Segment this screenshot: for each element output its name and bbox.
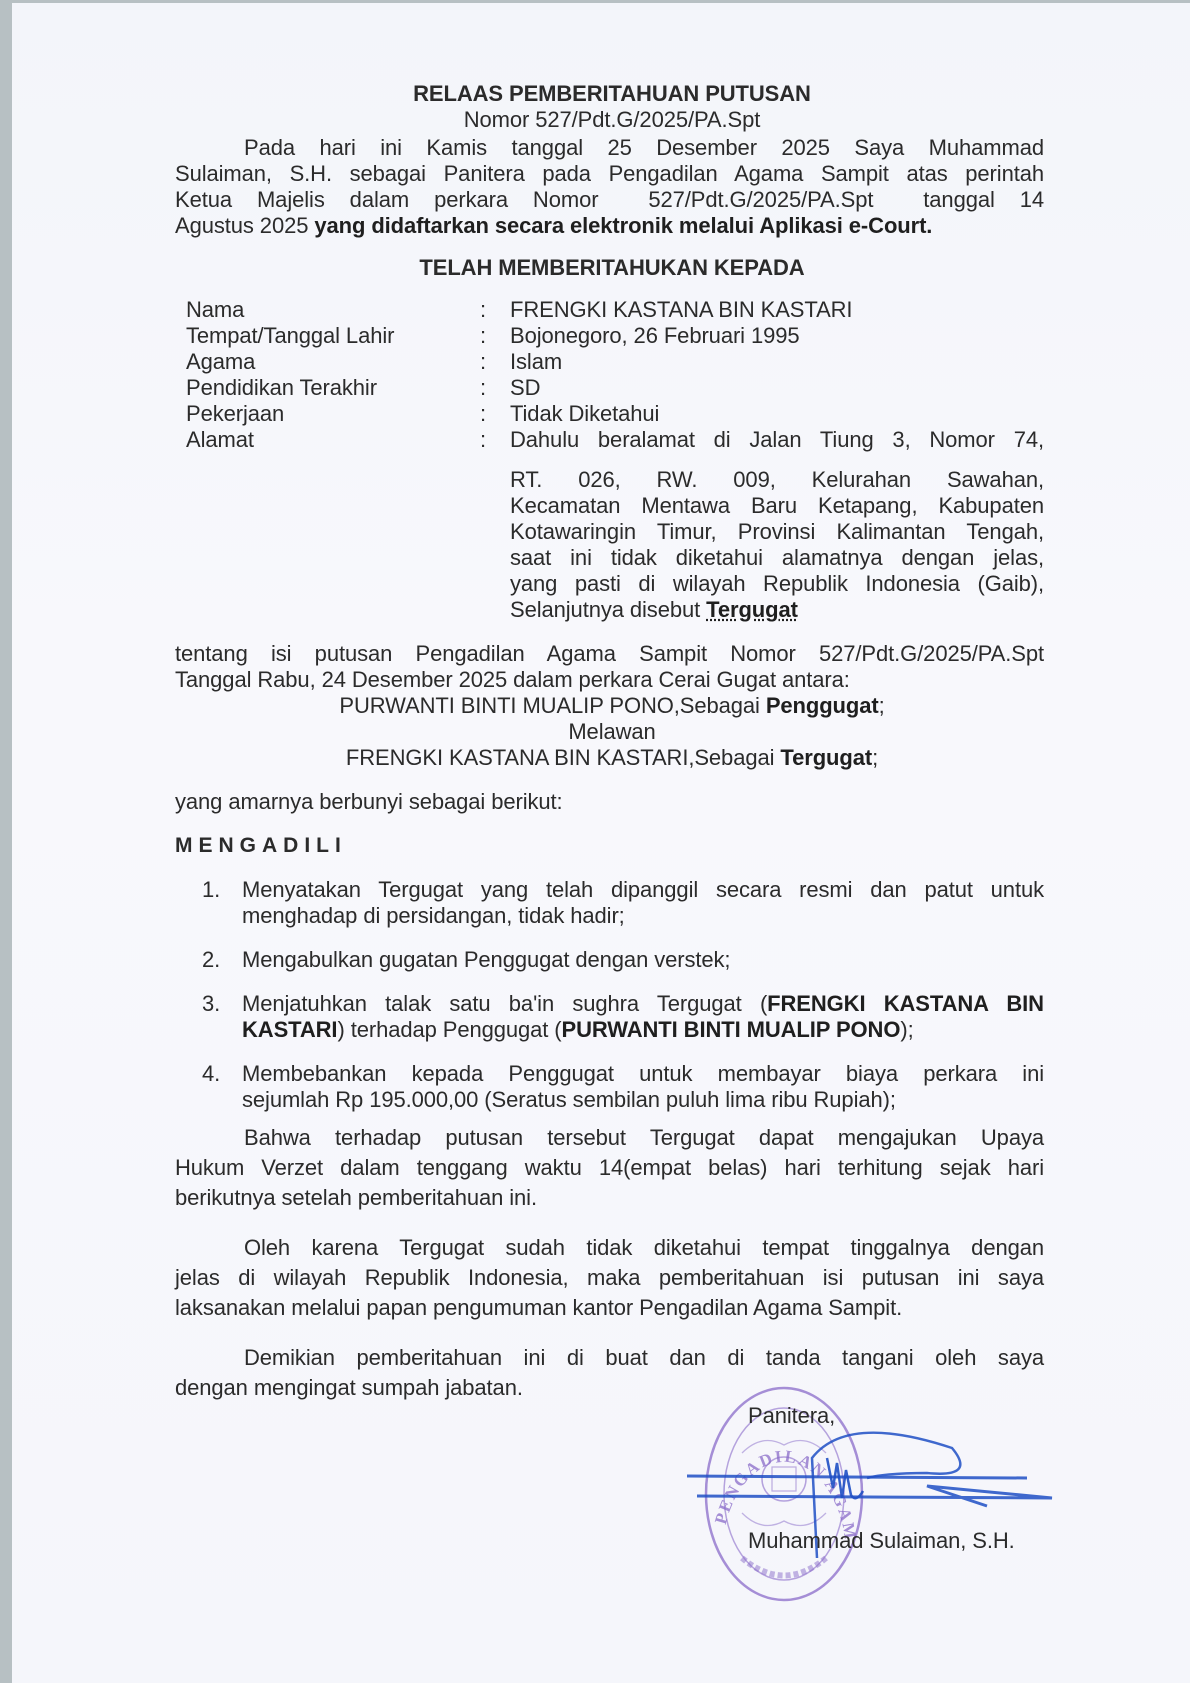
ruling-3-number: 3. xyxy=(202,991,220,1017)
plaintiff-name: PURWANTI BINTI MUALIP PONO,Sebagai xyxy=(339,693,765,718)
ruling-1-line-1: Menyatakan Tergugat yang telah dipanggil… xyxy=(242,877,1044,903)
about-line-2: Tanggal Rabu, 24 Desember 2025 dalam per… xyxy=(175,667,850,693)
amar-intro: yang amarnya berbunyi sebagai berikut: xyxy=(175,789,563,815)
ruling-1-line-2: menghadap di persidangan, tidak hadir; xyxy=(242,903,625,929)
intro-line-4: Agustus 2025 yang didaftarkan secara ele… xyxy=(175,213,932,239)
document-page: RELAAS PEMBERITAHUAN PUTUSAN Nomor 527/P… xyxy=(12,3,1190,1683)
signatory-role: Panitera, xyxy=(748,1403,835,1429)
plaintiff-end: ; xyxy=(879,693,885,718)
signatory-name: Muhammad Sulaiman, S.H. xyxy=(748,1528,1015,1554)
verzet-line-2: Hukum Verzet dalam tenggang waktu 14(emp… xyxy=(175,1155,1044,1181)
party-value: Dahulu beralamat di Jalan Tiung 3, Nomor… xyxy=(510,427,1044,453)
ruling-1-number: 1. xyxy=(202,877,220,903)
party-label: Agama xyxy=(186,349,255,375)
defendant-role: Tergugat xyxy=(780,745,872,770)
party-value: Bojonegoro, 26 Februari 1995 xyxy=(510,323,800,349)
notice-line-1: Oleh karena Tergugat sudah tidak diketah… xyxy=(244,1235,1044,1261)
closing-line-2: dengan mengingat sumpah jabatan. xyxy=(175,1375,523,1401)
ruling-2-number: 2. xyxy=(202,947,220,973)
address-last-plain: Selanjutnya disebut xyxy=(510,597,706,622)
document-title: RELAAS PEMBERITAHUAN PUTUSAN xyxy=(12,81,1190,107)
defendant-line: FRENGKI KASTANA BIN KASTARI,Sebagai Terg… xyxy=(12,745,1190,771)
case-number: Nomor 527/Pdt.G/2025/PA.Spt xyxy=(12,107,1190,133)
party-value: FRENGKI KASTANA BIN KASTARI xyxy=(510,297,852,323)
ruling-3-defendant-cont: KASTARI xyxy=(242,1017,337,1042)
mengadili-heading: MENGADILI xyxy=(175,833,347,859)
party-label: Nama xyxy=(186,297,244,323)
address-line-4: Kotawaringin Timur, Provinsi Kalimantan … xyxy=(510,519,1044,545)
ruling-3-line-2: KASTARI) terhadap Penggugat (PURWANTI BI… xyxy=(242,1017,914,1043)
ruling-3-end: ); xyxy=(900,1017,913,1042)
party-colon: : xyxy=(480,297,486,323)
verzet-line-1: Bahwa terhadap putusan tersebut Tergugat… xyxy=(244,1125,1044,1151)
plaintiff-role: Penggugat xyxy=(766,693,879,718)
plaintiff-line: PURWANTI BINTI MUALIP PONO,Sebagai Pengg… xyxy=(12,693,1190,719)
ruling-3-defendant: FRENGKI KASTANA BIN xyxy=(767,991,1044,1016)
party-colon: : xyxy=(480,427,486,453)
party-colon: : xyxy=(480,323,486,349)
address-line-3: Kecamatan Mentawa Baru Ketapang, Kabupat… xyxy=(510,493,1044,519)
ruling-4-line-2: sejumlah Rp 195.000,00 (Seratus sembilan… xyxy=(242,1087,896,1113)
ruling-3-plaintiff: PURWANTI BINTI MUALIP PONO xyxy=(562,1017,901,1042)
party-label: Pendidikan Terakhir xyxy=(186,375,377,401)
address-line-7: Selanjutnya disebut Tergugat xyxy=(510,597,798,623)
party-colon: : xyxy=(480,349,486,375)
defendant-name: FRENGKI KASTANA BIN KASTARI,Sebagai xyxy=(346,745,781,770)
party-value: SD xyxy=(510,375,540,401)
ruling-4-line-1: Membebankan kepada Penggugat untuk memba… xyxy=(242,1061,1044,1087)
ruling-3-text: Menjatuhkan talak satu ba'in sughra Terg… xyxy=(242,991,767,1016)
intro-line-4-plain: Agustus 2025 xyxy=(175,213,314,238)
notice-line-2: jelas di wilayah Republik Indonesia, mak… xyxy=(175,1265,1044,1291)
party-colon: : xyxy=(480,401,486,427)
ruling-2-line-1: Mengabulkan gugatan Penggugat dengan ver… xyxy=(242,947,730,973)
ruling-3-text-2: ) terhadap Penggugat ( xyxy=(337,1017,561,1042)
notify-heading: TELAH MEMBERITAHUKAN KEPADA xyxy=(12,255,1190,281)
intro-line-4-bold: yang didaftarkan secara elektronik melal… xyxy=(314,213,932,238)
ruling-3-line-1: Menjatuhkan talak satu ba'in sughra Terg… xyxy=(242,991,1044,1017)
versus-line: Melawan xyxy=(12,719,1190,745)
intro-line-1: Pada hari ini Kamis tanggal 25 Desember … xyxy=(244,135,1044,161)
party-label: Alamat xyxy=(186,427,254,453)
address-line-5: saat ini tidak diketahui alamatnya denga… xyxy=(510,545,1044,571)
party-colon: : xyxy=(480,375,486,401)
party-value: Islam xyxy=(510,349,562,375)
party-label: Pekerjaan xyxy=(186,401,284,427)
about-line-1: tentang isi putusan Pengadilan Agama Sam… xyxy=(175,641,1044,667)
closing-line-1: Demikian pemberitahuan ini di buat dan d… xyxy=(244,1345,1044,1371)
verzet-line-3: berikutnya setelah pemberitahuan ini. xyxy=(175,1185,537,1211)
address-last-bold: Tergugat xyxy=(706,597,798,622)
ruling-4-number: 4. xyxy=(202,1061,220,1087)
address-line-6: yang pasti di wilayah Republik Indonesia… xyxy=(510,571,1044,597)
intro-line-3: Ketua Majelis dalam perkara Nomor 527/Pd… xyxy=(175,187,1044,213)
party-label: Tempat/Tanggal Lahir xyxy=(186,323,394,349)
defendant-end: ; xyxy=(872,745,878,770)
intro-line-2: Sulaiman, S.H. sebagai Panitera pada Pen… xyxy=(175,161,1044,187)
address-line-2: RT. 026, RW. 009, Kelurahan Sawahan, xyxy=(510,467,1044,493)
party-value: Tidak Diketahui xyxy=(510,401,659,427)
notice-line-3: laksanakan melalui papan pengumuman kant… xyxy=(175,1295,902,1321)
